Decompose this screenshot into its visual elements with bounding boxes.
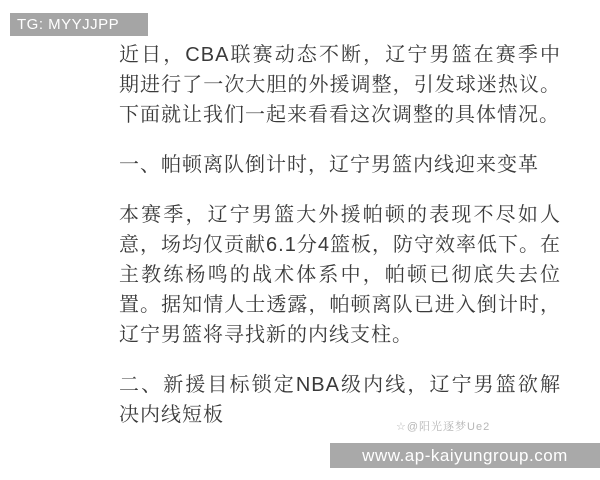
section-2-heading: 二、新援目标锁定NBA级内线，辽宁男篮欲解决内线短板 (119, 370, 561, 430)
author-watermark: ☆@阳光逐梦Ue2 (396, 418, 490, 434)
article-body: 近日，CBA联赛动态不断，辽宁男篮在赛季中期进行了一次大胆的外援调整，引发球迷热… (119, 40, 561, 447)
article-intro-paragraph: 近日，CBA联赛动态不断，辽宁男篮在赛季中期进行了一次大胆的外援调整，引发球迷热… (119, 40, 561, 130)
site-url-watermark-bar: www.ap-kaiyungroup.com (330, 443, 600, 468)
section-1-paragraph: 本赛季，辽宁男篮大外援帕顿的表现不尽如人意，场均仅贡献6.1分4篮板，防守效率低… (119, 200, 561, 350)
tg-watermark-badge: TG: MYYJJPP (10, 13, 148, 36)
section-1-heading: 一、帕顿离队倒计时，辽宁男篮内线迎来变革 (119, 150, 561, 180)
